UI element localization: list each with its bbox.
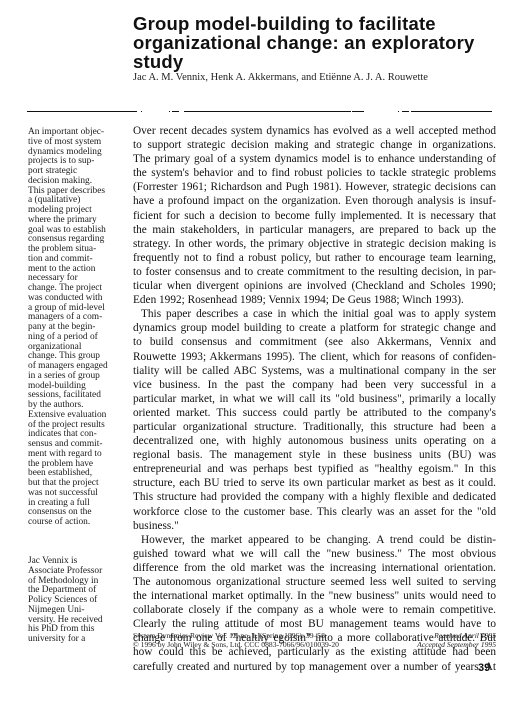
body-line: vice business. In the past the company h… <box>133 378 496 392</box>
abstract-line: course of action. <box>28 518 128 528</box>
body-line: particular market, in what we will call … <box>133 392 496 406</box>
body-line: dynamics group model building to create … <box>133 321 496 335</box>
header-rule-dash <box>402 111 409 112</box>
title-line: Group model-building to facilitate <box>133 14 513 33</box>
body-line: This structure had provided the company … <box>133 490 496 504</box>
header-rule-dot <box>398 111 399 112</box>
body-line: structure, each BU tried to serve its ow… <box>133 476 496 490</box>
body-line: to foster consensus and to create commit… <box>133 265 496 279</box>
received-date: Received April 1995 <box>434 631 496 640</box>
body-line: tiality will be called ABC Systems, was … <box>133 364 496 378</box>
body-line: carefully created and nurtured by top ma… <box>133 660 496 674</box>
header-rule-right <box>411 111 492 112</box>
body-line: decentralized one, with highly autonomou… <box>133 434 496 448</box>
body-line: particular organizational structure. Tra… <box>133 420 496 434</box>
body-line: guished toward what we will call the "ne… <box>133 547 496 561</box>
header-rule-dash <box>172 111 179 112</box>
body-line: business." <box>133 519 496 533</box>
article-title: Group model-building to facilitate organ… <box>133 14 513 71</box>
body-line: to build consensus and commitment (see a… <box>133 335 496 349</box>
bio-line: university for a <box>28 635 128 645</box>
footer-row-1: System Dynamics Review Vol. 12, no. 1, (… <box>133 631 496 640</box>
author-bio-sidebar: Jac Vennix is Associate Professor of Met… <box>28 557 128 645</box>
body-line: ficient for such a decision to become fu… <box>133 209 496 223</box>
page-footer: System Dynamics Review Vol. 12, no. 1, (… <box>133 631 496 649</box>
body-text: Over recent decades system dynamics has … <box>133 124 496 674</box>
body-line: regional basis. The management style in … <box>133 448 496 462</box>
footer-row-2: © 1996 by John Wiley & Sons, Ltd. CCC 08… <box>133 640 496 649</box>
accepted-date: Accepted September 1995 <box>417 640 496 649</box>
page-number: 39 <box>478 662 490 674</box>
body-line: (Forrester 1961; Richardson and Pugh 198… <box>133 180 496 194</box>
body-line: the international market optimally. In t… <box>133 589 496 603</box>
body-line: This paper describes a case in which the… <box>133 307 496 321</box>
body-line: strategy. In other words, the primary ob… <box>133 237 496 251</box>
title-line: study <box>133 52 513 71</box>
body-line: have a profound impact on the organizati… <box>133 194 496 208</box>
body-line: the system's behavior and to find robust… <box>133 166 496 180</box>
header-rule-dot <box>141 111 142 112</box>
body-line: collaborate closely if the company as a … <box>133 603 496 617</box>
body-line: Rouwette 1993; Akkermans 1995). The clie… <box>133 350 496 364</box>
body-line: the main stakeholders, in particular man… <box>133 223 496 237</box>
body-line: Over recent decades system dynamics has … <box>133 124 496 138</box>
body-line: However, the market appeared to be chang… <box>133 533 496 547</box>
title-line: organizational change: an exploratory <box>133 33 513 52</box>
author-list: Jac A. M. Vennix, Henk A. Akkermans, and… <box>133 72 428 84</box>
body-line: The autonomous organizational structure … <box>133 575 496 589</box>
body-line: to support strategic decision making and… <box>133 138 496 152</box>
body-line: Eden 1992; Rosenhead 1989; Vennix 1994; … <box>133 293 496 307</box>
body-line: The primary goal of a system dynamics mo… <box>133 152 496 166</box>
header-rule-middle-end <box>352 111 364 112</box>
header-rule-dash <box>169 111 170 112</box>
header-rule-middle <box>184 111 351 112</box>
journal-citation: System Dynamics Review Vol. 12, no. 1, (… <box>133 631 325 640</box>
body-line: ticular when divergent opinions are invo… <box>133 279 496 293</box>
body-line: oriented market. This success could part… <box>133 406 496 420</box>
body-line: difference from the old market was the i… <box>133 561 496 575</box>
header-rule-left <box>27 111 137 112</box>
body-line: entrepreneurial and was perhaps best typ… <box>133 462 496 476</box>
body-line: frequently not to find a robust policy, … <box>133 251 496 265</box>
body-line: workforce close to the customer base. Th… <box>133 505 496 519</box>
abstract-sidebar: An important objec- tive of most system … <box>28 128 128 528</box>
body-line: Clearly the ruling attitude of most BU m… <box>133 617 496 631</box>
copyright-notice: © 1996 by John Wiley & Sons, Ltd. CCC 08… <box>133 640 339 649</box>
